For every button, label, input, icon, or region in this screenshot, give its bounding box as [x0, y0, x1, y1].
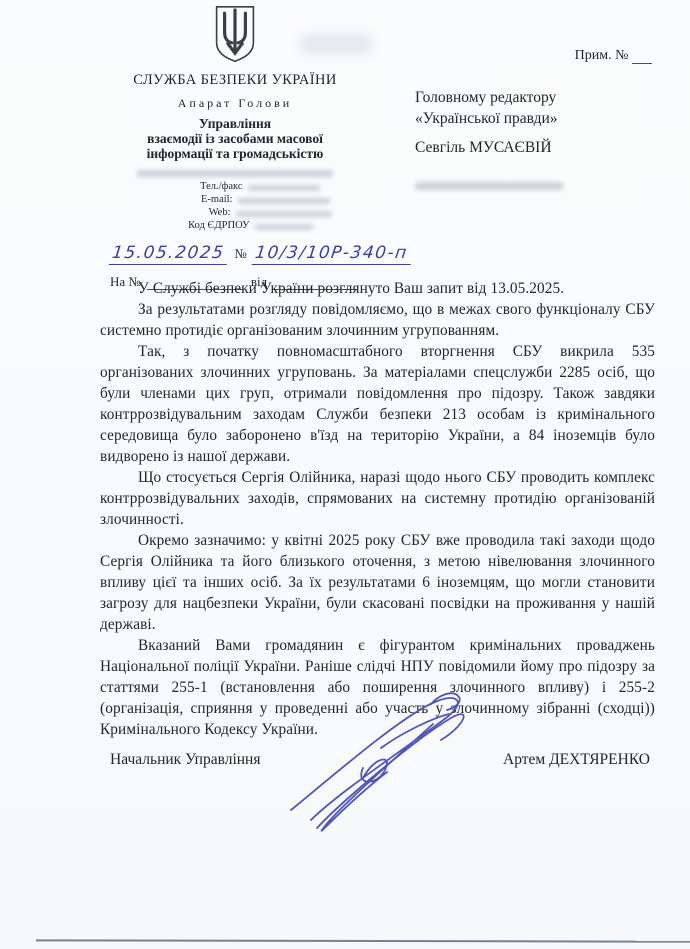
handwritten-ref-number: 10/3/10Р-340-п	[251, 243, 412, 265]
signer-position: Начальник Управління	[110, 751, 260, 769]
contact-row: E-mail:	[98, 195, 372, 206]
redacted-web	[236, 211, 332, 217]
sub-org-name: Апарат Голови	[98, 96, 372, 111]
handwritten-signature-icon	[283, 688, 488, 840]
recipient-block: Головному редактору «Української правди»…	[415, 88, 665, 190]
department-line: інформації та громадськістю	[98, 146, 372, 161]
scan-edge-line	[36, 939, 690, 942]
redacted-edrpou	[255, 224, 313, 230]
letter-body: У Службі безпеки України розглянуто Ваш …	[100, 278, 655, 740]
scanned-letter-page: СЛУЖБА БЕЗПЕКИ УКРАЇНИ Апарат Голови Упр…	[0, 0, 690, 949]
redacted-address	[137, 170, 333, 177]
contact-row: Тел./факс	[98, 182, 372, 193]
phone-label: Тел./факс	[151, 182, 248, 193]
number-sign: №	[234, 246, 246, 261]
scan-smudge	[300, 33, 372, 55]
recipient-line: Головному редактору	[415, 88, 665, 109]
recipient-name: Севгіль МУСАЄВІЙ	[415, 138, 665, 159]
reference-line: 15.05.2025 № 10/3/10Р-340-п	[98, 243, 372, 265]
recipient-line: «Української правди»	[415, 109, 665, 130]
handwritten-date: 15.05.2025	[109, 243, 230, 265]
paragraph: За результатами розгляду повідомляємо, щ…	[100, 299, 655, 341]
paragraph: Що стосується Сергія Олійника, наразі що…	[100, 467, 655, 530]
contact-row: Код ЄДРПОУ	[98, 221, 372, 232]
department-name: Управління взаємодії із засобами масової…	[98, 116, 372, 161]
signer-name: Артем ДЕХТЯРЕНКО	[503, 751, 650, 769]
paragraph: Окремо зазначимо: у квітні 2025 року СБУ…	[100, 530, 655, 635]
department-line: взаємодії із засобами масової	[98, 131, 372, 146]
email-label: E-mail:	[141, 195, 238, 206]
edrpou-label: Код ЄДРПОУ	[158, 221, 255, 232]
copy-number-label: Прим. №	[575, 48, 629, 63]
web-label: Web:	[139, 208, 236, 219]
contact-block: Тел./факс E-mail: Web: Код ЄДРПОУ	[98, 182, 372, 232]
department-line: Управління	[98, 116, 372, 131]
paragraph: У Службі безпеки України розглянуто Ваш …	[100, 278, 655, 299]
copy-number: Прим. №	[575, 48, 652, 64]
redacted-email	[238, 198, 330, 204]
redacted-phone	[248, 185, 320, 191]
ukraine-trident-coat-of-arms-icon	[211, 4, 259, 64]
org-name: СЛУЖБА БЕЗПЕКИ УКРАЇНИ	[98, 72, 372, 89]
blank-copy-number	[632, 51, 652, 64]
paragraph: Так, з початку повномасштабного вторгнен…	[100, 341, 655, 467]
contact-row: Web:	[98, 208, 372, 219]
redacted-recipient-email	[415, 182, 563, 190]
